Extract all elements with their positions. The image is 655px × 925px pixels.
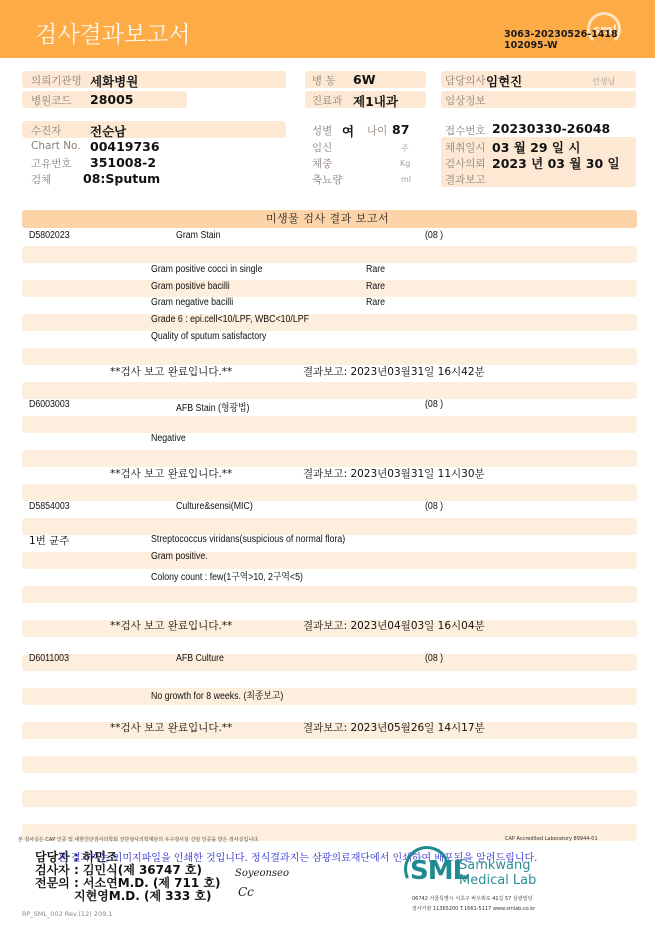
document-number-line1: 3063-20230526-1418: [504, 29, 618, 40]
test-code: D5802023: [29, 230, 70, 241]
staff-specialist-2: 지현영M.D. (제 333 호): [74, 890, 212, 903]
doctor-suffix: 선생님: [592, 76, 615, 87]
completion-message: **검사 보고 완료입니다.**: [110, 466, 232, 481]
test-specimen: (08 ): [425, 501, 443, 512]
weight-label: 체중: [312, 156, 332, 171]
finding-grade: Rare: [366, 281, 385, 292]
finding-text: Negative: [151, 433, 186, 444]
pregnancy-label: 임신: [312, 140, 332, 155]
institution-label: 의뢰기관명: [31, 73, 82, 88]
test-name: AFB Stain (형광법): [176, 399, 249, 414]
lab-name: Samkwang Medical Lab: [459, 858, 536, 888]
age-label: 나이: [367, 123, 387, 138]
doctor-label: 담당의사: [445, 73, 486, 88]
isolate-label: 1번 균주: [29, 533, 69, 548]
finding-grade: Rare: [366, 264, 385, 275]
row-stripe: [22, 688, 637, 705]
report-timestamp: 결과보고: 2023년03월31일 16시42분: [303, 364, 485, 379]
completion-message: **검사 보고 완료입니다.**: [110, 364, 232, 379]
department-label: 진료과: [312, 93, 342, 108]
row-stripe: [22, 246, 637, 263]
doctor-value: 임현진: [486, 72, 522, 90]
form-revision: RP_SML_002 Rev.(12) 209.1: [22, 910, 112, 918]
department-value: 제1내과: [353, 92, 398, 110]
age-value: 87: [392, 122, 409, 137]
finding-text: Gram positive bacilli: [151, 281, 230, 292]
row-stripe: [22, 756, 637, 773]
chart-no-label: Chart No.: [31, 140, 81, 152]
results-section-title: 미생물 검사 결과 보고서: [0, 210, 655, 226]
request-date-value: 2023 년 03 월 30 일: [492, 154, 620, 172]
sex-label: 성별: [312, 123, 332, 138]
weight-unit: Kg: [400, 159, 410, 168]
collection-date-label: 채취일시: [445, 140, 486, 155]
lab-address: 06742 서울특별시 서초구 바우뫼로 41길 57 삼광빌딩: [412, 895, 532, 902]
receipt-no-value: 20230330-26048: [492, 121, 610, 136]
row-stripe: [22, 314, 637, 331]
specimen-value: 08:Sputum: [83, 171, 160, 186]
test-code: D5854003: [29, 501, 70, 512]
sex-value: 여: [342, 122, 354, 140]
chart-no-value: 00419736: [90, 139, 160, 154]
document-number: 3063-20230526-1418 102095-W: [504, 29, 618, 51]
completion-message: **검사 보고 완료입니다.**: [110, 618, 232, 633]
test-name: AFB Culture: [176, 653, 224, 664]
ward-label: 병 동: [312, 73, 336, 88]
lab-name-line1: Samkwang: [459, 858, 536, 873]
finding-text: Gram positive cocci in single: [151, 264, 263, 275]
patient-label: 수진자: [31, 123, 61, 138]
finding-text: Gram negative bacilli: [151, 297, 233, 308]
document-number-line2: 102095-W: [504, 40, 618, 51]
patient-row-bg: [22, 121, 286, 138]
row-stripe: [22, 416, 637, 433]
report-title: 검사결과보고서: [35, 16, 191, 49]
row-stripe: [22, 450, 637, 467]
row-stripe: [22, 382, 637, 399]
hospital-code-value: 28005: [90, 92, 134, 107]
signature-2: Cc: [238, 885, 254, 899]
receipt-no-label: 접수번호: [445, 123, 486, 138]
row-stripe: [22, 790, 637, 807]
row-stripe: [22, 586, 637, 603]
test-specimen: (08 ): [425, 653, 443, 664]
finding-text: Colony count : few(1구역>10, 2구역<5): [151, 568, 303, 583]
test-code: D6011003: [29, 653, 69, 664]
finding-text: Gram positive.: [151, 551, 208, 562]
completion-message: **검사 보고 완료입니다.**: [110, 720, 232, 735]
report-timestamp: 결과보고: 2023년04월03일 16시04분: [303, 618, 485, 633]
urine-volume-label: 축뇨량: [312, 172, 342, 187]
unique-no-value: 351008-2: [90, 155, 156, 170]
request-date-label: 검사의뢰: [445, 156, 486, 171]
pregnancy-unit: 주: [401, 143, 409, 154]
row-stripe: [22, 348, 637, 365]
clinical-info-label: 임상정보: [445, 93, 486, 108]
accreditation-note: 본 검사실은 CAP 인증 및 대한진단검사의학회 진단검사의학재단의 우수검사…: [18, 836, 260, 843]
finding-text: Quality of sputum satisfactory: [151, 331, 266, 342]
row-stripe: [22, 552, 637, 569]
test-specimen: (08 ): [425, 399, 443, 410]
unique-no-label: 고유번호: [31, 156, 72, 171]
ward-value: 6W: [353, 72, 376, 87]
test-code: D6003003: [29, 399, 70, 410]
cap-number: CAP Accredited Laboratory 89944-01: [505, 836, 598, 842]
finding-text: No growth for 8 weeks. (최종보고): [151, 687, 283, 702]
finding-text: Streptococcus viridans(suspicious of nor…: [151, 534, 345, 545]
hospital-code-label: 병원코드: [31, 93, 72, 108]
row-stripe: [22, 654, 637, 671]
report-label: 결과보고: [445, 172, 486, 187]
row-stripe: [22, 484, 637, 501]
urine-volume-unit: ml: [401, 175, 411, 184]
specimen-label: 검체: [31, 172, 51, 187]
test-specimen: (08 ): [425, 230, 443, 241]
signature-1: Soyeonseo: [235, 868, 289, 879]
institution-value: 세화병원: [90, 72, 138, 90]
row-stripe: [22, 518, 637, 535]
test-name: Gram Stain: [176, 230, 221, 241]
row-stripe: [22, 280, 637, 297]
lab-name-line2: Medical Lab: [459, 873, 536, 888]
lab-contact: 검사기관 11365200 T.1661-5117 www.smlab.co.k…: [412, 905, 535, 912]
patient-value: 전순남: [90, 122, 126, 140]
finding-grade: Rare: [366, 297, 385, 308]
report-timestamp: 결과보고: 2023년03월31일 11시30분: [303, 466, 485, 481]
test-name: Culture&sensi(MIC): [176, 501, 253, 512]
report-timestamp: 결과보고: 2023년05월26일 14시17분: [303, 720, 485, 735]
finding-text: Grade 6 : epi.cell<10/LPF, WBC<10/LPF: [151, 314, 309, 325]
